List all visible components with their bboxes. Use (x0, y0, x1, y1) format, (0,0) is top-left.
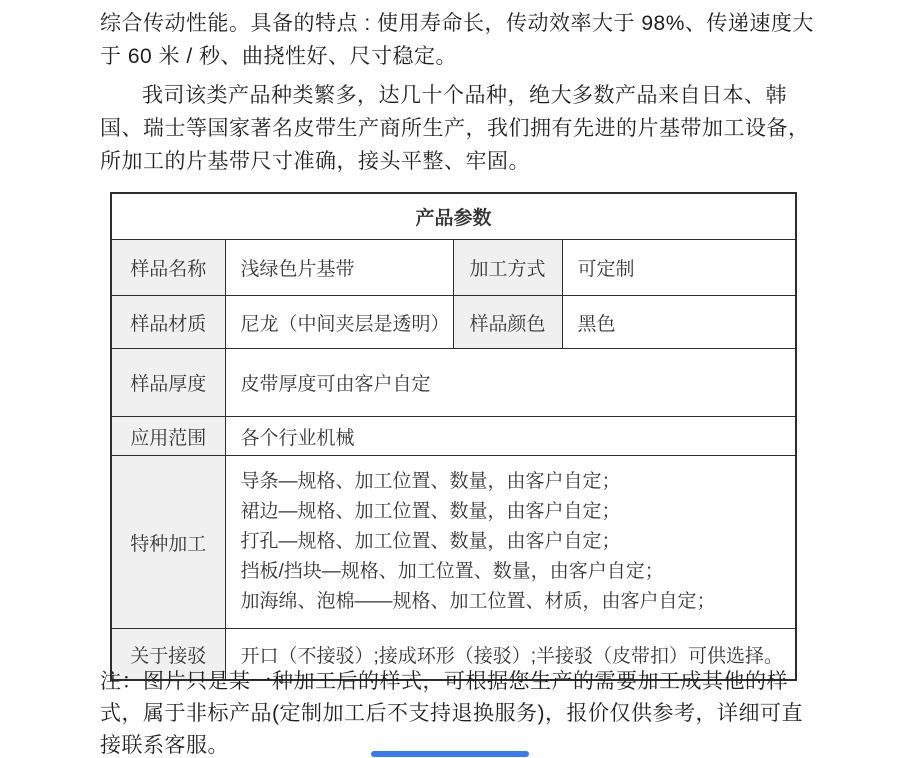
special-processing-line: 打孔—规格、加工位置、数量，由客户自定； (241, 527, 796, 557)
param-value-sample-material: 尼龙（中间夹层是透明） (225, 296, 453, 349)
special-processing-line: 导条—规格、加工位置、数量，由客户自定； (241, 467, 796, 497)
special-processing-line: 加海绵、泡棉——规格、加工位置、材质，由客户自定； (241, 587, 796, 617)
param-label-sample-thickness: 样品厚度 (111, 349, 225, 417)
table-row-sample-name: 样品名称 浅绿色片基带 加工方式 可定制 (111, 240, 796, 296)
param-value-special-processing: 导条—规格、加工位置、数量，由客户自定； 裙边—规格、加工位置、数量，由客户自定… (225, 456, 796, 629)
table-row-sample-material: 样品材质 尼龙（中间夹层是透明） 样品颜色 黑色 (111, 296, 796, 349)
table-row-application-scope: 应用范围 各个行业机械 (111, 417, 796, 456)
param-value-sample-name: 浅绿色片基带 (225, 240, 453, 296)
param-label-special-processing: 特种加工 (111, 456, 225, 629)
product-params-table: 产品参数 样品名称 浅绿色片基带 加工方式 可定制 样品材质 尼龙（中间夹层是透… (110, 192, 797, 681)
scroll-indicator[interactable] (371, 751, 529, 757)
param-label-processing-method: 加工方式 (453, 240, 562, 296)
product-description-page: 综合传动性能。具备的特点 : 使用寿命长，传动效率大于 98%、传递速度大于 6… (0, 0, 900, 758)
intro-paragraph-1: 综合传动性能。具备的特点 : 使用寿命长，传动效率大于 98%、传递速度大于 6… (100, 0, 824, 73)
intro-paragraph-2: 我司该类产品种类繁多，达几十个品种，绝大多数产品来自日本、韩国、瑞士等国家著名皮… (100, 73, 824, 178)
table-row-special-processing: 特种加工 导条—规格、加工位置、数量，由客户自定； 裙边—规格、加工位置、数量，… (111, 456, 796, 629)
param-value-sample-thickness: 皮带厚度可由客户自定 (225, 349, 796, 417)
table-title: 产品参数 (111, 193, 796, 240)
description-content: 综合传动性能。具备的特点 : 使用寿命长，传动效率大于 98%、传递速度大于 6… (100, 0, 824, 681)
param-value-processing-method: 可定制 (562, 240, 796, 296)
param-value-sample-color: 黑色 (562, 296, 796, 349)
param-value-application-scope: 各个行业机械 (225, 417, 796, 456)
note-text: 注：图片只是某一种加工后的样式，可根据您生产的需要加工成其他的样式，属于非标产品… (100, 666, 824, 758)
param-label-sample-color: 样品颜色 (453, 296, 562, 349)
param-label-application-scope: 应用范围 (111, 417, 225, 456)
param-label-sample-name: 样品名称 (111, 240, 225, 296)
table-row-sample-thickness: 样品厚度 皮带厚度可由客户自定 (111, 349, 796, 417)
table-title-row: 产品参数 (111, 193, 796, 240)
special-processing-line: 裙边—规格、加工位置、数量，由客户自定； (241, 497, 796, 527)
special-processing-line: 挡板/挡块—规格、加工位置、数量，由客户自定； (241, 557, 796, 587)
param-label-sample-material: 样品材质 (111, 296, 225, 349)
